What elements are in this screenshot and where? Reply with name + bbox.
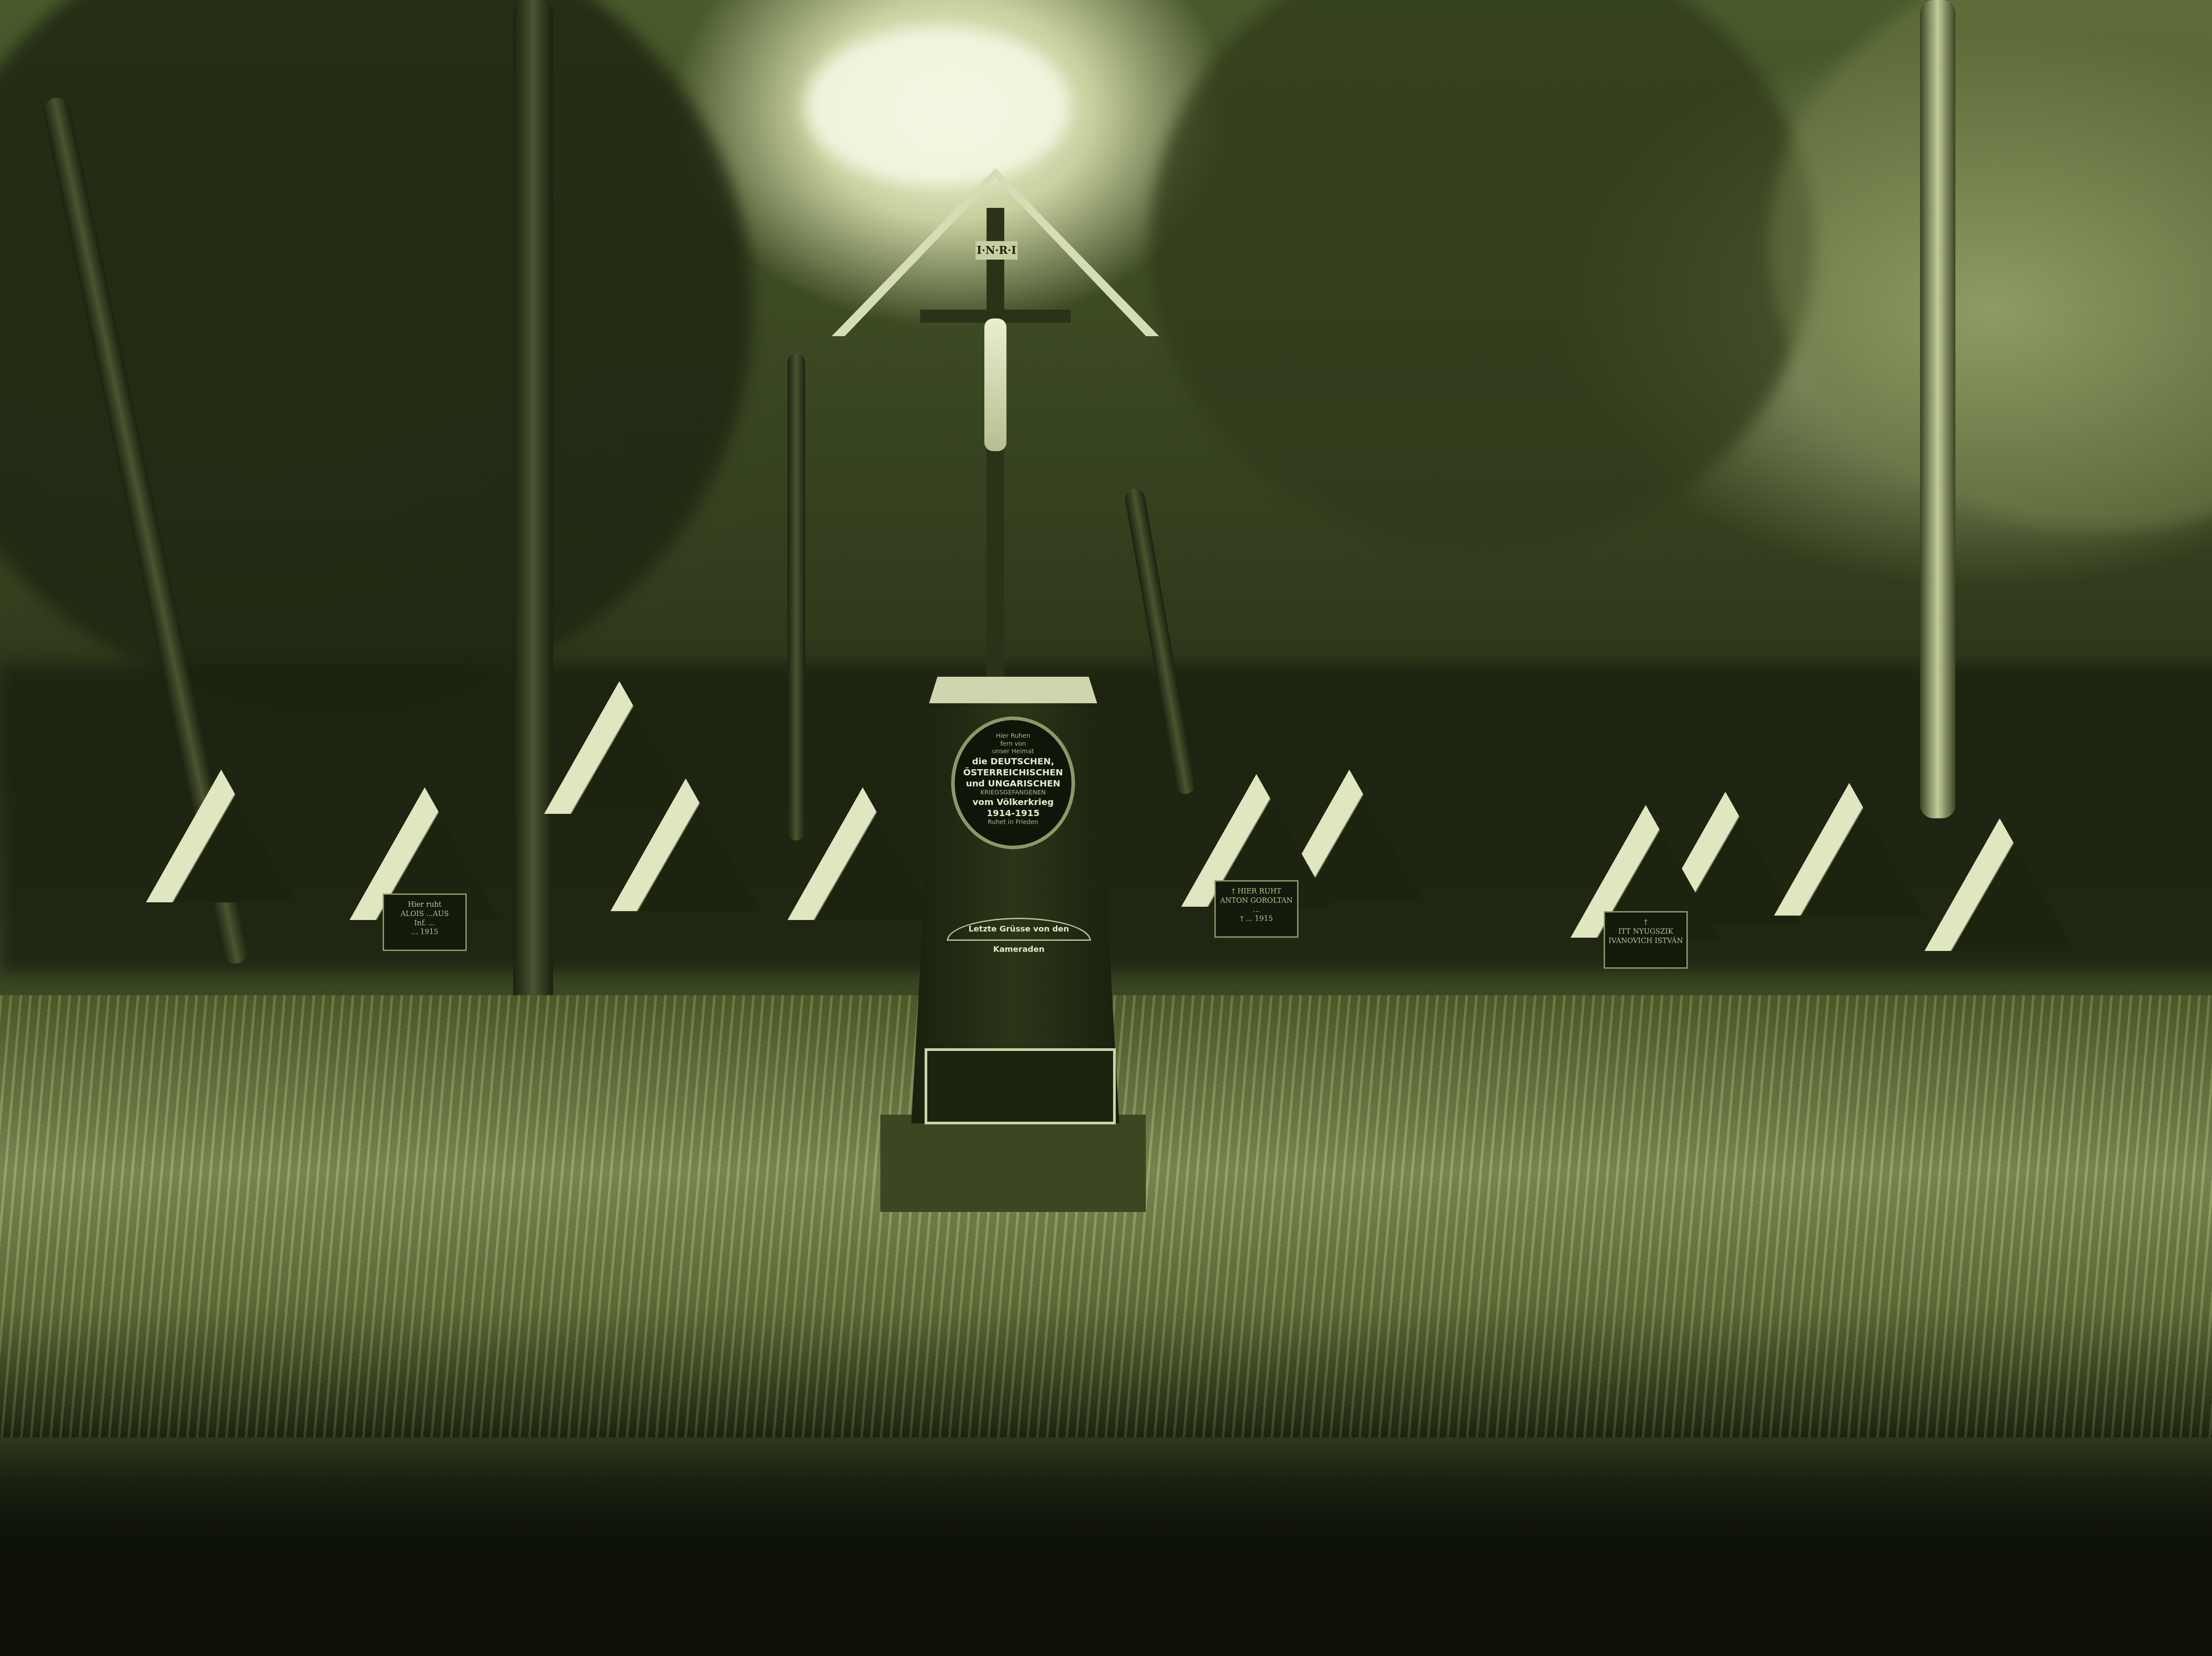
monument-plinth (880, 1115, 1146, 1212)
grave-inscription-line: † HIER RUHT (1216, 887, 1297, 896)
grave-inscription-line: ITT NYUGSZIK (1605, 927, 1686, 936)
tree-canopy-right (1770, 0, 2212, 531)
grave-inscription-line: ... 1915 (384, 928, 465, 937)
tree-canopy-center (1150, 0, 1814, 553)
inscription-line: 1914-1915 (955, 808, 1071, 819)
inscription-line: Ruhet in Frieden (955, 819, 1071, 827)
grave-inscription-line: ALOIS ...AUS (384, 909, 465, 919)
grave-inscription-line: Hier ruht (384, 900, 465, 909)
crucifix-titulus: I·N·R·I (975, 241, 1018, 260)
inscription-line: vom Völkerkrieg (955, 797, 1071, 808)
grave-inscription-line: ANTON GOROLTAN (1216, 896, 1297, 905)
foreground-shadow (0, 1426, 2212, 1656)
grave-inscription-line: † ... 1915 (1216, 914, 1297, 924)
tree-trunk (787, 354, 805, 840)
grave-inscription-line: Inf. ... (384, 919, 465, 928)
inscription-line: Hier Ruhen (955, 732, 1071, 740)
tree-trunk (1920, 0, 1955, 818)
inscription-line: die DEUTSCHEN, (955, 756, 1071, 767)
inscription-line: und UNGARISCHEN (955, 778, 1071, 789)
monument-cap (929, 677, 1097, 703)
sky-gap (805, 27, 1071, 186)
inscription-line: unser Heimat (955, 748, 1071, 756)
grave-inscription-line: IVANOVICH ISTVÁN (1605, 936, 1686, 946)
crucifix-figure (984, 318, 1006, 451)
cemetery-photograph: Hier ruht ALOIS ...AUS Inf. ... ... 1915… (0, 0, 2212, 1656)
grave-inscription-line: † (1605, 918, 1686, 927)
monument-inscription-oval: Hier Ruhen fern von unser Heimat die DEU… (951, 717, 1075, 849)
inscription-line: fern von (955, 740, 1071, 748)
crucifix-post (987, 208, 1004, 694)
monument-base-panel (925, 1048, 1116, 1124)
inscription-line: ÖSTERREICHISCHEN (955, 767, 1071, 778)
inscription-line: KRIEGSGEFANGENEN (955, 789, 1071, 797)
grave-inscription-line: ... (1216, 905, 1297, 915)
tree-trunk (513, 0, 553, 1017)
